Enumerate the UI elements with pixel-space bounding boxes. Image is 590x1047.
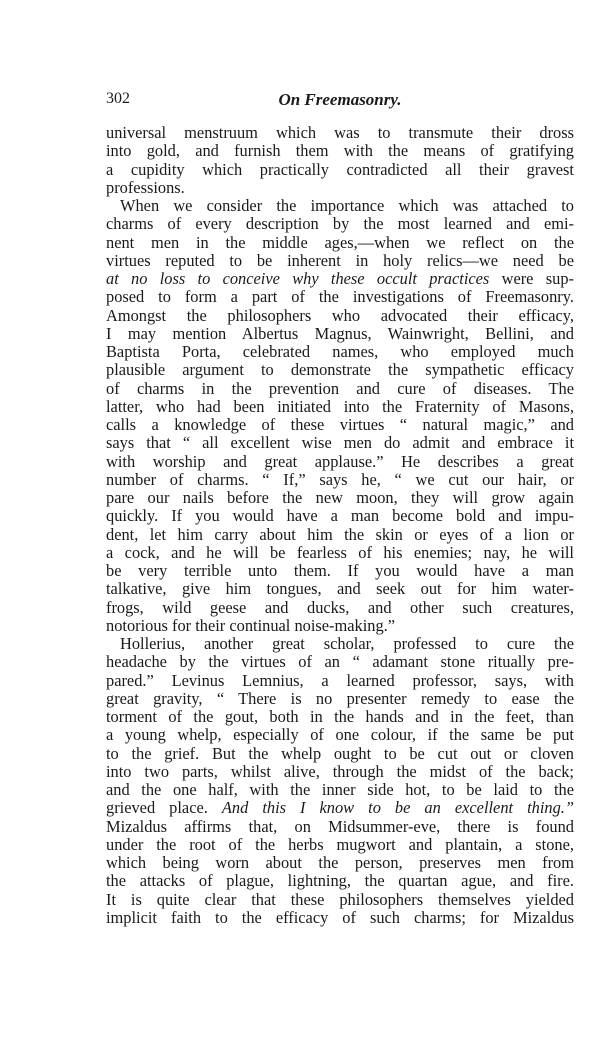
text-line-content: to the grief. But the whelp ought to be …	[106, 744, 574, 763]
text-line-content: dent, let him carry about him the skin o…	[106, 525, 574, 544]
text-line-content: pare our nails before the new moon, they…	[106, 488, 574, 507]
text-line: the attacks of plague, lightning, the qu…	[106, 872, 574, 890]
text-line-content: Hollerius, another great scholar, profes…	[120, 634, 574, 653]
text-line: charms of every description by the most …	[106, 215, 574, 233]
text-line-content: plausible argument to demonstrate the sy…	[106, 360, 574, 379]
text-line: and the one half, with the inner side ho…	[106, 781, 574, 799]
text-line: into two parts, whilst alive, through th…	[106, 763, 574, 781]
text-line: great gravity, “ There is no presenter r…	[106, 690, 574, 708]
text-line: Amongst the philosophers who advocated t…	[106, 307, 574, 325]
text-line-content: grieved place.	[106, 798, 222, 817]
text-line-content: pared.” Levinus Lemnius, a learned profe…	[106, 671, 574, 690]
text-line-content: universal menstruum which was to transmu…	[106, 123, 574, 142]
page-header: 302 On Freemasonry.	[106, 90, 574, 110]
text-line-content: posed to form a part of the investigatio…	[106, 287, 574, 306]
text-line-content: virtues reputed to be inherent in holy r…	[106, 251, 574, 270]
text-line: professions.	[106, 179, 574, 197]
text-line: nent men in the middle ages,—when we ref…	[106, 234, 574, 252]
text-line-content: be very terrible unto them. If you would…	[106, 561, 574, 580]
text-line-content: notorious for their continual noise-maki…	[106, 616, 395, 635]
text-line: with worship and great applause.” He des…	[106, 453, 574, 471]
text-line-content: frogs, wild geese and ducks, and other s…	[106, 598, 574, 617]
text-line-content: number of charms. “ If,” says he, “ we c…	[106, 470, 574, 489]
text-line: of charms in the prevention and cure of …	[106, 380, 574, 398]
text-line: torment of the gout, both in the hands a…	[106, 708, 574, 726]
text-line-content: the attacks of plague, lightning, the qu…	[106, 871, 574, 890]
text-line-content: professions.	[106, 178, 185, 197]
text-line-content: and the one half, with the inner side ho…	[106, 780, 574, 799]
text-line-content: which being worn about the person, prese…	[106, 853, 574, 872]
text-line: pared.” Levinus Lemnius, a learned profe…	[106, 672, 574, 690]
text-line-content: with worship and great applause.” He des…	[106, 452, 574, 471]
text-line-content: quickly. If you would have a man become …	[106, 506, 574, 525]
text-line: plausible argument to demonstrate the sy…	[106, 361, 574, 379]
italic-emphasis: And this I know to be an excellent thing…	[222, 798, 574, 817]
text-line: number of charms. “ If,” says he, “ we c…	[106, 471, 574, 489]
text-line-content: nent men in the middle ages,—when we ref…	[106, 233, 574, 252]
text-line: posed to form a part of the investigatio…	[106, 288, 574, 306]
text-line: When we consider the importance which wa…	[106, 197, 574, 215]
text-line: dent, let him carry about him the skin o…	[106, 526, 574, 544]
text-line-content: of charms in the prevention and cure of …	[106, 379, 574, 398]
text-line-content: Amongst the philosophers who advocated t…	[106, 306, 574, 325]
text-line-content: Baptista Porta, celebrated names, who em…	[106, 342, 574, 361]
text-line: Mizaldus affirms that, on Midsummer-eve,…	[106, 818, 574, 836]
text-line-content: into gold, and furnish them with the mea…	[106, 141, 574, 160]
text-line-content: says that “ all excellent wise men do ad…	[106, 433, 574, 452]
text-line: calls a knowledge of these virtues “ nat…	[106, 416, 574, 434]
text-line: It is quite clear that these philosopher…	[106, 891, 574, 909]
text-line-content: implicit faith to the efficacy of such c…	[106, 908, 574, 927]
text-line: quickly. If you would have a man become …	[106, 507, 574, 525]
text-line-content: a cupidity which practically contradicte…	[106, 160, 574, 179]
text-line-content: talkative, give him tongues, and seek ou…	[106, 579, 574, 598]
text-line: a cupidity which practically contradicte…	[106, 161, 574, 179]
text-line-content: Mizaldus affirms that, on Midsummer-eve,…	[106, 817, 574, 836]
text-line-content: a young whelp, especially of one colour,…	[106, 725, 574, 744]
text-line: a cock, and he will be fearless of his e…	[106, 544, 574, 562]
body-text: universal menstruum which was to transmu…	[106, 124, 574, 927]
text-line-content: When we consider the importance which wa…	[120, 196, 574, 215]
text-line: latter, who had been initiated into the …	[106, 398, 574, 416]
text-line-content: I may mention Albertus Magnus, Wainwrigh…	[106, 324, 574, 343]
running-title: On Freemasonry.	[106, 90, 574, 110]
text-line-content: charms of every description by the most …	[106, 214, 574, 233]
text-line: grieved place. And this I know to be an …	[106, 799, 574, 817]
text-line-content: calls a knowledge of these virtues “ nat…	[106, 415, 574, 434]
text-line-content: into two parts, whilst alive, through th…	[106, 762, 574, 781]
text-line: implicit faith to the efficacy of such c…	[106, 909, 574, 927]
text-line-content: a cock, and he will be fearless of his e…	[106, 543, 574, 562]
text-line: which being worn about the person, prese…	[106, 854, 574, 872]
text-line: says that “ all excellent wise men do ad…	[106, 434, 574, 452]
text-line-content: great gravity, “ There is no presenter r…	[106, 689, 574, 708]
book-page: 302 On Freemasonry. universal menstruum …	[0, 0, 590, 1047]
text-line: under the root of the herbs mugwort and …	[106, 836, 574, 854]
text-line: virtues reputed to be inherent in holy r…	[106, 252, 574, 270]
text-line: Hollerius, another great scholar, profes…	[106, 635, 574, 653]
text-line-content: It is quite clear that these philosopher…	[106, 890, 574, 909]
text-line: a young whelp, especially of one colour,…	[106, 726, 574, 744]
text-line: I may mention Albertus Magnus, Wainwrigh…	[106, 325, 574, 343]
text-line: notorious for their continual noise-maki…	[106, 617, 574, 635]
text-line: frogs, wild geese and ducks, and other s…	[106, 599, 574, 617]
text-line: talkative, give him tongues, and seek ou…	[106, 580, 574, 598]
text-line: at no loss to conceive why these occult …	[106, 270, 574, 288]
text-line-content: latter, who had been initiated into the …	[106, 397, 574, 416]
text-line: be very terrible unto them. If you would…	[106, 562, 574, 580]
text-line: headache by the virtues of an “ adamant …	[106, 653, 574, 671]
text-line: universal menstruum which was to transmu…	[106, 124, 574, 142]
text-line: Baptista Porta, celebrated names, who em…	[106, 343, 574, 361]
text-line: into gold, and furnish them with the mea…	[106, 142, 574, 160]
text-line: pare our nails before the new moon, they…	[106, 489, 574, 507]
text-line-content: headache by the virtues of an “ adamant …	[106, 652, 574, 671]
text-line-content: under the root of the herbs mugwort and …	[106, 835, 574, 854]
text-line: to the grief. But the whelp ought to be …	[106, 745, 574, 763]
text-line-content: torment of the gout, both in the hands a…	[106, 707, 574, 726]
